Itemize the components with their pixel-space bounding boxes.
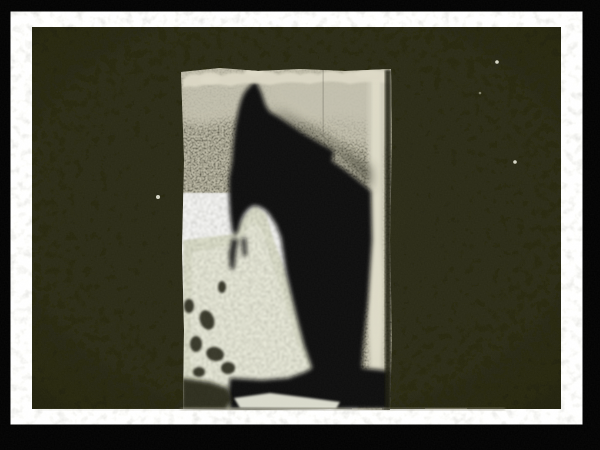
film-still-viewer [0, 0, 600, 450]
global-noise-overlay [0, 0, 600, 450]
film-still-image [0, 0, 600, 450]
